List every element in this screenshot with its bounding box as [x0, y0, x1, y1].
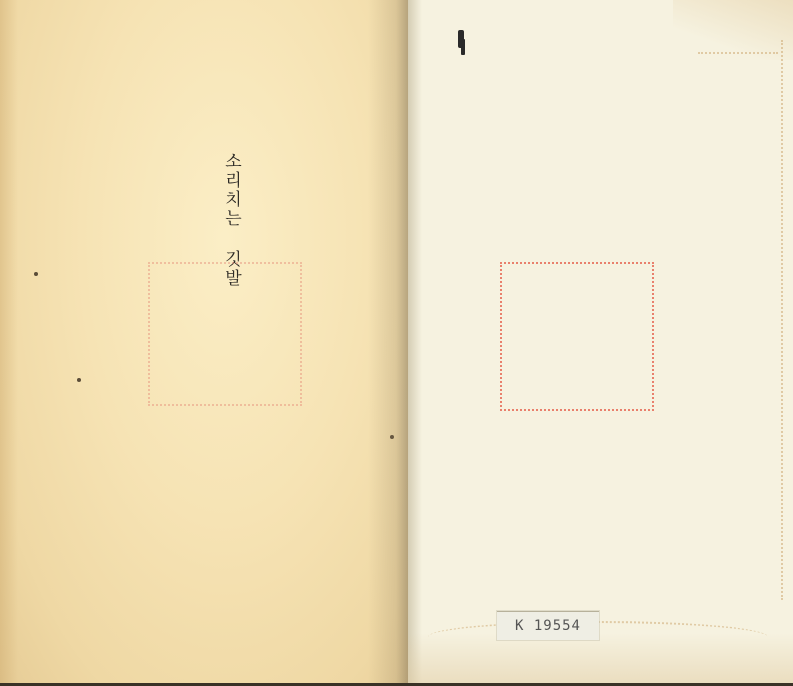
- right-page: K 19554: [408, 0, 793, 683]
- paper-speck: [390, 435, 394, 439]
- paper-speck: [77, 378, 81, 382]
- call-number-label: K 19554: [497, 611, 599, 640]
- library-seal: [500, 262, 654, 411]
- handwritten-mark: [458, 30, 464, 48]
- water-stain-edge: [779, 40, 783, 600]
- paper-speck: [34, 272, 38, 276]
- water-stain: [408, 633, 793, 683]
- water-stain: [673, 0, 793, 60]
- library-seal-faded: [148, 262, 302, 406]
- left-page: 소리치는 깃발: [0, 0, 408, 683]
- book-spread: 소리치는 깃발 K 19554: [0, 0, 793, 686]
